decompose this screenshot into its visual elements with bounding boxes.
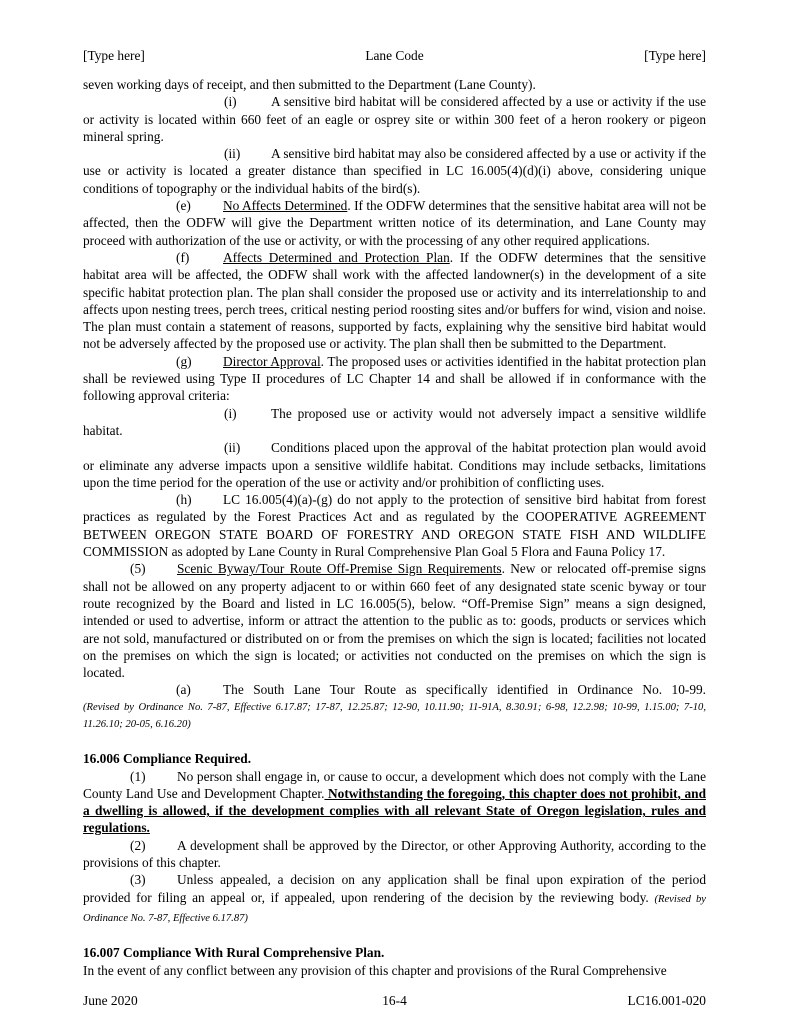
item-label: (a)	[176, 681, 223, 698]
paragraph-text: . New or relocated off-premise signs sha…	[83, 561, 706, 680]
paragraph-16-007: In the event of any conflict between any…	[83, 962, 706, 979]
footer-date: June 2020	[83, 993, 138, 1009]
page-number: 16-4	[382, 993, 407, 1009]
page-footer: June 2020 16-4 LC16.001-020	[83, 993, 706, 1009]
item-label: (5)	[130, 560, 177, 577]
paragraph-16-006-3: (3)Unless appealed, a decision on any ap…	[83, 871, 706, 927]
paragraph-4e: (e)No Affects Determined. If the ODFW de…	[83, 197, 706, 249]
subsection-title: Director Approval	[223, 354, 321, 369]
item-label: (e)	[176, 197, 223, 214]
paragraph-4h: (h)LC 16.005(4)(a)-(g) do not apply to t…	[83, 491, 706, 560]
paragraph-5: (5)Scenic Byway/Tour Route Off-Premise S…	[83, 560, 706, 681]
paragraph-5a: (a)The South Lane Tour Route as specific…	[83, 681, 706, 698]
page-header: [Type here] Lane Code [Type here]	[83, 48, 706, 64]
paragraph-text: The proposed use or activity would not a…	[83, 406, 706, 438]
item-label: (2)	[130, 837, 177, 854]
document-body: seven working days of receipt, and then …	[83, 76, 706, 979]
item-label: (i)	[224, 93, 271, 110]
paragraph-4g-ii: (ii)Conditions placed upon the approval …	[83, 439, 706, 491]
item-label: (f)	[176, 249, 223, 266]
paragraph-16-006-2: (2)A development shall be approved by th…	[83, 837, 706, 872]
paragraph-4g-i: (i)The proposed use or activity would no…	[83, 405, 706, 440]
paragraph-text: Unless appealed, a decision on any appli…	[83, 872, 706, 904]
item-label: (h)	[176, 491, 223, 508]
header-center: Lane Code	[365, 48, 423, 64]
item-label: (ii)	[224, 439, 271, 456]
paragraph-text: Conditions placed upon the approval of t…	[83, 440, 706, 490]
paragraph-4g: (g)Director Approval. The proposed uses …	[83, 353, 706, 405]
paragraph-text: A sensitive bird habitat may also be con…	[83, 146, 706, 196]
paragraph-continuation: seven working days of receipt, and then …	[83, 76, 706, 93]
item-label: (1)	[130, 768, 177, 785]
subsection-title: Affects Determined and Protection Plan	[223, 250, 450, 265]
header-right: [Type here]	[644, 48, 706, 64]
subsection-title: Scenic Byway/Tour Route Off-Premise Sign…	[177, 561, 502, 576]
revision-citation: (Revised by Ordinance No. 7-87, Effectiv…	[83, 699, 706, 734]
paragraph-4d-ii: (ii)A sensitive bird habitat may also be…	[83, 145, 706, 197]
item-label: (ii)	[224, 145, 271, 162]
paragraph-4f: (f)Affects Determined and Protection Pla…	[83, 249, 706, 353]
footer-code-range: LC16.001-020	[628, 993, 706, 1009]
paragraph-text: The South Lane Tour Route as specificall…	[223, 682, 706, 697]
item-label: (i)	[224, 405, 271, 422]
paragraph-text: A development shall be approved by the D…	[83, 838, 706, 870]
paragraph-4d-i: (i)A sensitive bird habitat will be cons…	[83, 93, 706, 145]
section-heading-16-006: 16.006 Compliance Required.	[83, 750, 706, 767]
paragraph-text: A sensitive bird habitat will be conside…	[83, 94, 706, 144]
subsection-title: No Affects Determined	[223, 198, 347, 213]
item-label: (3)	[130, 871, 177, 888]
paragraph-16-006-1: (1)No person shall engage in, or cause t…	[83, 768, 706, 837]
item-label: (g)	[176, 353, 223, 370]
header-left: [Type here]	[83, 48, 145, 64]
section-heading-16-007: 16.007 Compliance With Rural Comprehensi…	[83, 944, 706, 961]
